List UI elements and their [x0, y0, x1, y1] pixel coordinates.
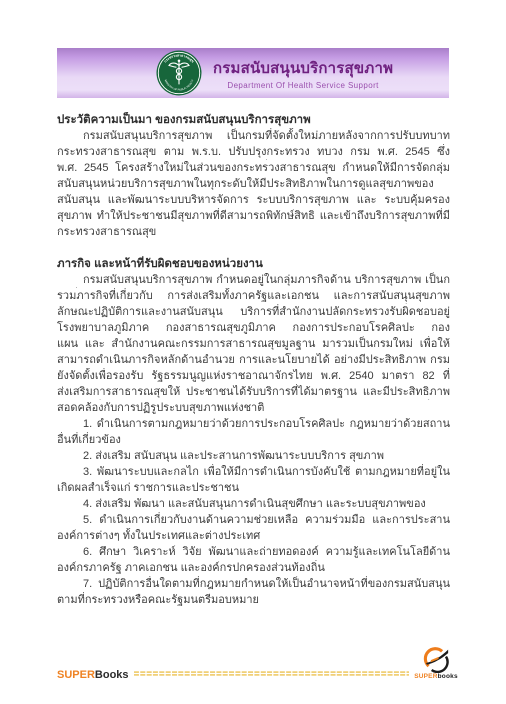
text-line: รวมภารกิจที่เกี่ยวกับ การส่งเสริมทั้งภาค… — [57, 288, 450, 304]
text-line: กรมสนับสนุนบริการสุขภาพ กำหนดอยู่ในกลุ่ม… — [57, 272, 450, 288]
text-line: สนับสนุนหน่วยบริการสุขภาพในทุกระดับให้มี… — [57, 176, 450, 192]
text-line: ยังจัดตั้งเพื่อรองรับ รัฐธรรมนูญแห่งราชอ… — [57, 368, 450, 384]
header-banner-inner: กระทรวงสาธารณสุข MINISTRY OF PUBLIC HEAL… — [57, 48, 449, 98]
paragraph: 4. ส่งเสริม พัฒนา และสนับสนุนการดำเนินสุ… — [57, 496, 450, 512]
superbooks-wordmark-dark: Books — [95, 669, 129, 681]
department-title-th: กรมสนับสนุนบริการสุขภาพ — [213, 56, 393, 80]
text-line: องค์กรภาครัฐ ภาคเอกชน และองค์กรปกครองส่ว… — [57, 560, 450, 576]
text-line: ตามที่กระทรวงหรือคณะรัฐมนตรีมอบหมาย — [57, 592, 450, 608]
text-line: สุขภาพ ทำให้ประชาชนมีสุขภาพที่ดีสามารถพิ… — [57, 208, 450, 224]
text-line: 2. ส่งเสริม สนับสนุน และประสานการพัฒนาระ… — [57, 448, 450, 464]
superbooks-swoosh-icon — [423, 647, 449, 673]
text-line: ลักษณะปฏิบัติการและงานสนับสนุน บริการที่… — [57, 304, 450, 320]
superbooks-logo: SUPERbooks — [414, 647, 458, 680]
superbooks-logo-label-orange: SUPER — [414, 673, 437, 680]
paragraph: 7. ปฏิบัติการอื่นใดตามที่กฎหมายกำหนดให้เ… — [57, 576, 450, 608]
text-line: 6. ศึกษา วิเคราะห์ วิจัย พัฒนาและถ่ายทอด… — [57, 544, 450, 560]
document-content: ประวัติความเป็นมา ของกรมสนับสนุนบริการสุ… — [57, 112, 450, 608]
text-line: 5. ดำเนินการเกี่ยวกับงานด้านความช่วยเหลื… — [57, 512, 450, 528]
text-line: องค์การต่างๆ ทั้งในประเทศและต่างประเทศ — [57, 528, 450, 544]
text-line: สอดคล้องกับการปฏิรูประบบสุขภาพแห่งชาติ — [57, 400, 450, 416]
ministry-of-public-health-emblem-icon: กระทรวงสาธารณสุข MINISTRY OF PUBLIC HEAL… — [156, 50, 202, 96]
paragraph: กรมสนับสนุนบริการสุขภาพ เป็นกรมที่จัดตั้… — [57, 128, 450, 240]
text-line: 4. ส่งเสริม พัฒนา และสนับสนุนการดำเนินสุ… — [57, 496, 450, 512]
section-heading: ภารกิจ และหน้าที่รับผิดชอบของหน่วยงาน — [57, 256, 450, 272]
superbooks-logo-label-dark: books — [438, 673, 458, 680]
footer: SUPERBooks =============================… — [57, 668, 458, 681]
document-page: กระทรวงสาธารณสุข MINISTRY OF PUBLIC HEAL… — [0, 0, 506, 704]
paragraph: 2. ส่งเสริม สนับสนุน และประสานการพัฒนาระ… — [57, 448, 450, 464]
text-line: โรงพยาบาลภูมิภาค กองสาธารณสุขภูมิภาค กอง… — [57, 320, 450, 336]
text-line: 3. พัฒนาระบบและกลไก เพื่อให้มีการดำเนินก… — [57, 464, 450, 480]
department-subtitle-en: Department Of Health Service Support — [227, 81, 378, 90]
text-line: สนับสนุน และพัฒนาระบบบริหารจัดการ ระบบบร… — [57, 192, 450, 208]
header-titles: กรมสนับสนุนบริการสุขภาพ Department Of He… — [213, 56, 393, 90]
paragraph: 3. พัฒนาระบบและกลไก เพื่อให้มีการดำเนินก… — [57, 464, 450, 496]
text-line: ส่งเสริมการสาธารณสุขให้ ประชาชนได้รับบริ… — [57, 384, 450, 400]
text-line: 7. ปฏิบัติการอื่นใดตามที่กฎหมายกำหนดให้เ… — [57, 576, 450, 592]
superbooks-wordmark-orange: SUPER — [57, 669, 95, 681]
text-line: สามารถดำเนินภารกิจหลักด้านอำนวย การและนโ… — [57, 352, 450, 368]
header-banner: กระทรวงสาธารณสุข MINISTRY OF PUBLIC HEAL… — [57, 48, 449, 98]
text-line: กระทรวงสาธารณสุข ตาม พ.ร.บ. ปรับปรุงกระท… — [57, 144, 450, 160]
text-line: กระทรวงสาธารณสุข — [57, 224, 450, 240]
superbooks-wordmark: SUPERBooks — [57, 669, 129, 681]
paragraph: 6. ศึกษา วิเคราะห์ วิจัย พัฒนาและถ่ายทอด… — [57, 544, 450, 576]
footer-separator-line: ========================================… — [134, 668, 409, 681]
text-line: พ.ศ. 2545 โครงสร้างใหม่ในส่วนของกระทรวงส… — [57, 160, 450, 176]
text-line: แผน และ สำนักงานคณะกรรมการสาธารณสุขมูลฐา… — [57, 336, 450, 352]
superbooks-logo-label: SUPERbooks — [414, 673, 458, 680]
text-line: 1. ดำเนินการตามกฎหมายว่าด้วยการประกอบโรค… — [57, 416, 450, 432]
text-line: เกิดผลสำเร็จแก่ ราชการและประชาชน — [57, 480, 450, 496]
text-line: อื่นที่เกี่ยวข้อง — [57, 432, 450, 448]
paragraph: 1. ดำเนินการตามกฎหมายว่าด้วยการประกอบโรค… — [57, 416, 450, 448]
section-heading: ประวัติความเป็นมา ของกรมสนับสนุนบริการสุ… — [57, 112, 450, 128]
paragraph: กรมสนับสนุนบริการสุขภาพ กำหนดอยู่ในกลุ่ม… — [57, 272, 450, 416]
paragraph: 5. ดำเนินการเกี่ยวกับงานด้านความช่วยเหลื… — [57, 512, 450, 544]
text-line: กรมสนับสนุนบริการสุขภาพ เป็นกรมที่จัดตั้… — [57, 128, 450, 144]
